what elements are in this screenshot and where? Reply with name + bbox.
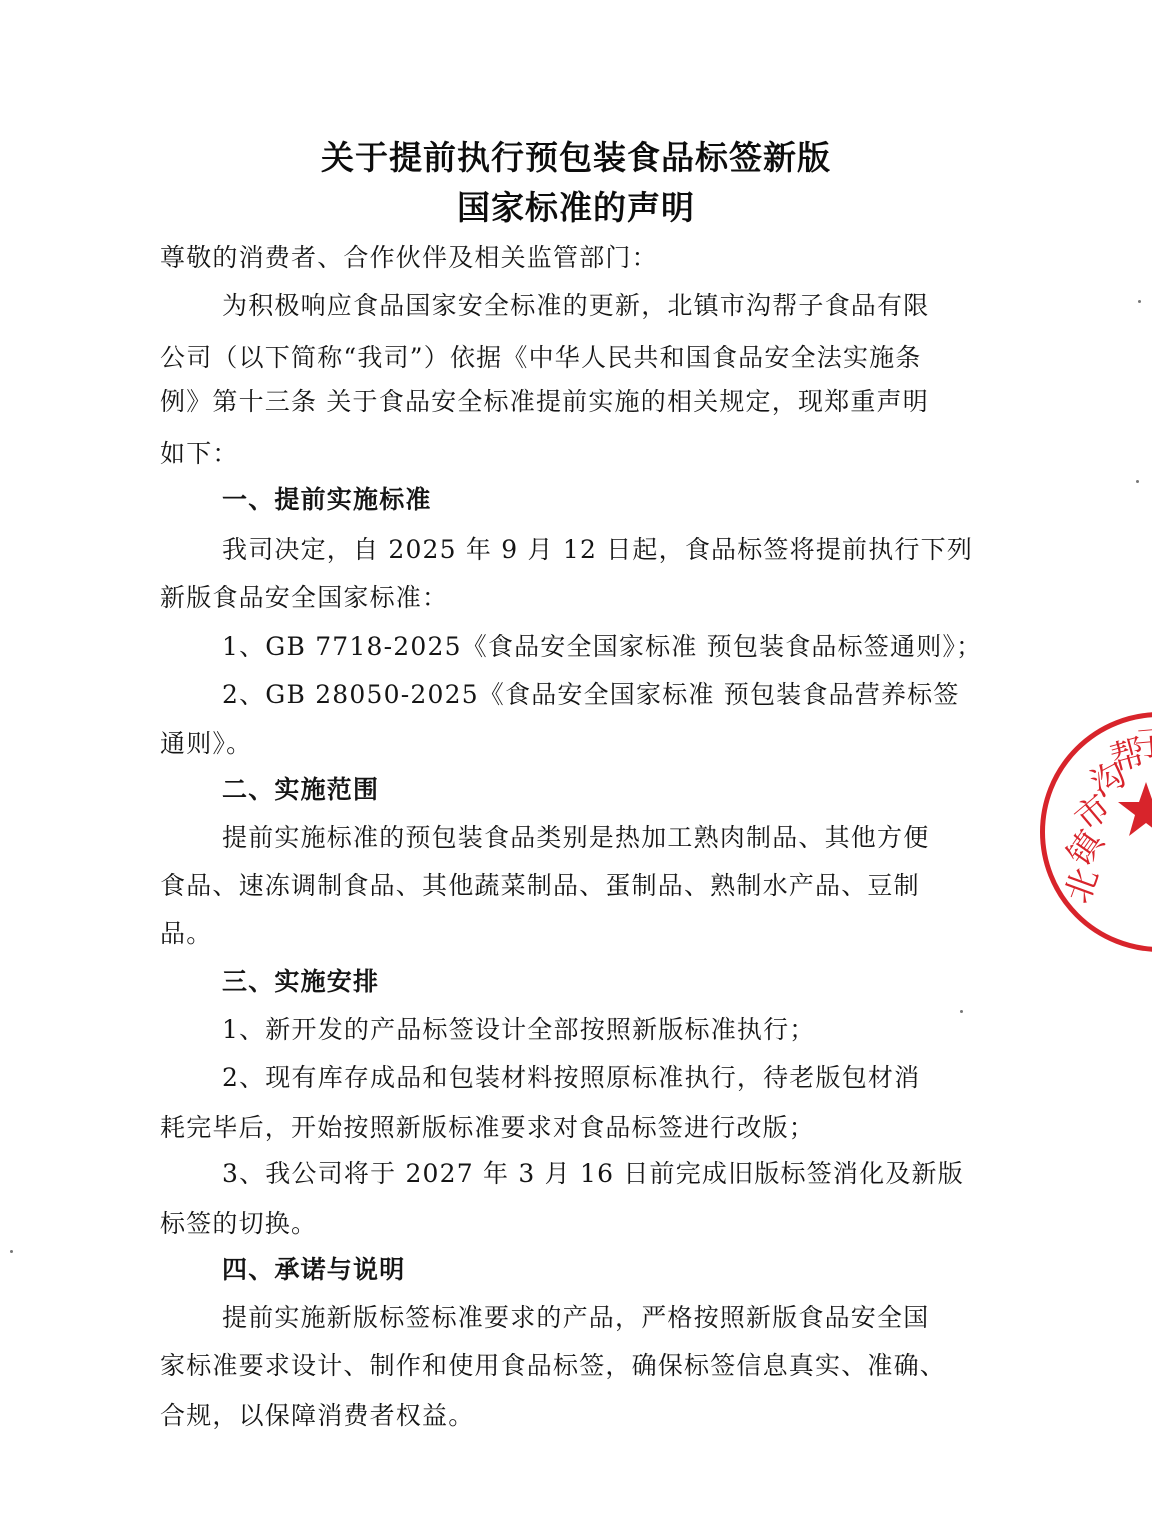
section-heading-4: 四、承诺与说明 [222, 1250, 1042, 1286]
section-1-line: 我司决定，自 2025 年 9 月 12 日起，食品标签将提前执行下列 [222, 530, 1042, 566]
section-3-item: 1、新开发的产品标签设计全部按照新版标准执行； [222, 1010, 1042, 1046]
intro-line: 公司（以下简称“我司”）依据《中华人民共和国食品安全法实施条 [160, 338, 980, 374]
section-4-line: 家标准要求设计、制作和使用食品标签，确保标签信息真实、准确、 [160, 1346, 980, 1382]
section-1-standard-item: 2、GB 28050-2025《食品安全国家标准 预包装食品营养标签 [222, 675, 1042, 711]
section-4-line: 提前实施新版标签标准要求的产品，严格按照新版食品安全国 [222, 1298, 1042, 1334]
section-3-line: 标签的切换。 [160, 1204, 980, 1240]
salutation: 尊敬的消费者、合作伙伴及相关监管部门： [160, 238, 980, 274]
scan-speck [1138, 300, 1141, 303]
scan-speck [1136, 480, 1139, 483]
section-1-line: 新版食品安全国家标准： [160, 578, 980, 614]
section-1-standard-item: 1、GB 7718-2025《食品安全国家标准 预包装食品标签通则》； [222, 627, 1042, 663]
section-4-line: 合规，以保障消费者权益。 [160, 1396, 980, 1432]
star-icon [1116, 780, 1152, 840]
section-heading-2: 二、实施范围 [222, 770, 1042, 806]
statement-document: 关于提前执行预包装食品标签新版 国家标准的声明 尊敬的消费者、合作伙伴及相关监管… [0, 0, 1152, 1519]
document-title-line2: 国家标准的声明 [0, 182, 1152, 229]
document-title-line1: 关于提前执行预包装食品标签新版 [0, 132, 1152, 179]
scan-speck [960, 1010, 963, 1013]
intro-line: 为积极响应食品国家安全标准的更新，北镇市沟帮子食品有限 [222, 286, 1042, 322]
section-2-line: 提前实施标准的预包装食品类别是热加工熟肉制品、其他方便 [222, 818, 1042, 854]
section-1-line: 通则》。 [160, 724, 980, 760]
section-3-item: 2、现有库存成品和包装材料按照原标准执行，待老版包材消 [222, 1058, 1042, 1094]
section-2-line: 品。 [160, 914, 980, 950]
stamp-char: 子 [1132, 715, 1152, 767]
section-2-line: 食品、速冻调制食品、其他蔬菜制品、蛋制品、熟制水产品、豆制 [160, 866, 980, 902]
section-heading-3: 三、实施安排 [222, 962, 1042, 998]
scan-speck [10, 1250, 13, 1253]
section-heading-1: 一、提前实施标准 [222, 480, 1042, 516]
intro-line: 如下： [160, 434, 980, 470]
section-3-line: 耗完毕后，开始按照新版标准要求对食品标签进行改版； [160, 1108, 980, 1144]
section-3-item: 3、我公司将于 2027 年 3 月 16 日前完成旧版标签消化及新版 [222, 1154, 1042, 1190]
intro-line: 例》第十三条 关于食品安全标准提前实施的相关规定，现郑重声明 [160, 382, 980, 418]
